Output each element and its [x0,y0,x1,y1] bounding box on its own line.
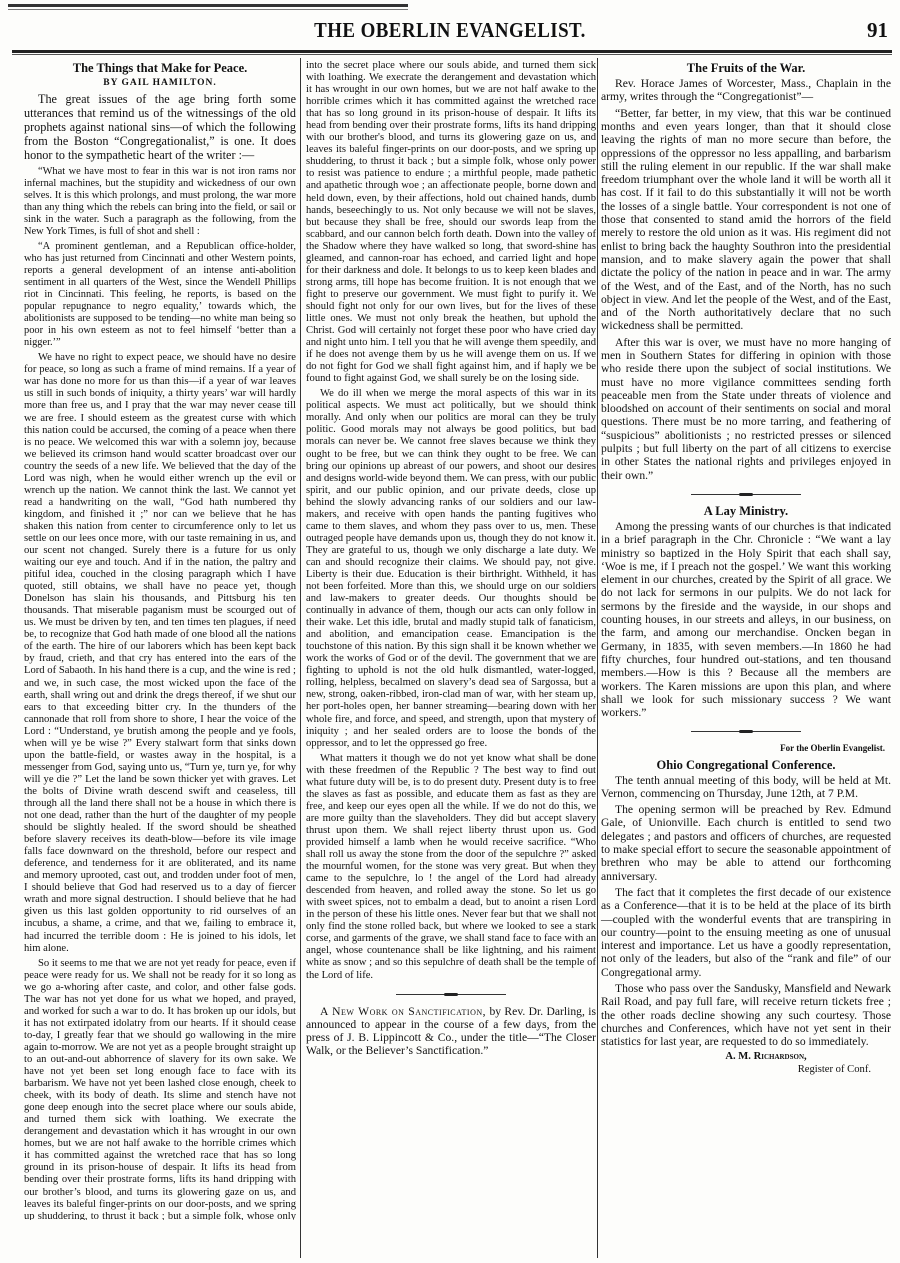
article-paragraph: We have no right to expect peace, we sho… [24,352,296,954]
column-divider [597,58,598,1258]
article-paragraph: The tenth annual meeting of this body, w… [601,774,891,801]
newspaper-title: THE OBERLIN EVANGELIST. [45,18,855,43]
notice-lead: A New Work on Sanctification, [320,1005,486,1018]
article-paragraph: What matters it though we do not yet kno… [306,753,596,982]
article-paragraph: Those who pass over the Sandusky, Mansfi… [601,982,891,1048]
article-paragraph: So it seems to me that we are not yet re… [24,958,296,1220]
article-intro: Rev. Horace James of Worcester, Mass., C… [601,77,891,104]
notice-sanctification: A New Work on Sanctification, by Rev. Dr… [306,1005,596,1058]
article-byline: BY GAIL HAMILTON. [24,77,296,89]
article-blockquote: “A prominent gentleman, and a Republican… [24,241,296,349]
masthead-rule-thin [12,54,892,55]
article-paragraph: “What we have most to fear in this war i… [24,166,296,238]
article-paragraph: Among the pressing wants of our churches… [601,520,891,719]
column-2: into the secret place where our souls ab… [306,60,596,1061]
article-title: A Lay Ministry. [601,505,891,517]
column-divider [300,58,301,1258]
column-1: The Things that Make for Peace. BY GAIL … [24,60,296,1223]
article-paragraph: After this war is over, we must have no … [601,336,891,482]
top-border-rule [8,4,408,7]
article-title: Ohio Congregational Conference. [601,759,891,771]
article-paragraph: The fact that it completes the first dec… [601,886,891,979]
section-separator [691,494,801,495]
signature-name: A. M. Richardson, [601,1051,891,1063]
section-separator [396,994,506,995]
masthead-rule [12,50,892,53]
masthead: THE OBERLIN EVANGELIST. 91 [0,18,900,44]
top-border-rule-thin [8,9,408,10]
signature-title: Register of Conf. [601,1064,891,1076]
page-number: 91 [867,18,888,43]
article-paragraph-continued: into the secret place where our souls ab… [306,60,596,385]
article-attribution: For the Oberlin Evangelist. [601,742,885,754]
section-separator [691,731,801,732]
article-intro: The great issues of the age bring forth … [24,92,296,162]
article-paragraph: We do ill when we merge the moral aspect… [306,388,596,749]
article-title: The Things that Make for Peace. [24,62,296,74]
article-paragraph: “Better, far better, in my view, that th… [601,107,891,333]
article-title: The Fruits of the War. [601,62,891,74]
article-paragraph: The opening sermon will be preached by R… [601,803,891,883]
column-3: The Fruits of the War. Rev. Horace James… [601,60,891,1076]
